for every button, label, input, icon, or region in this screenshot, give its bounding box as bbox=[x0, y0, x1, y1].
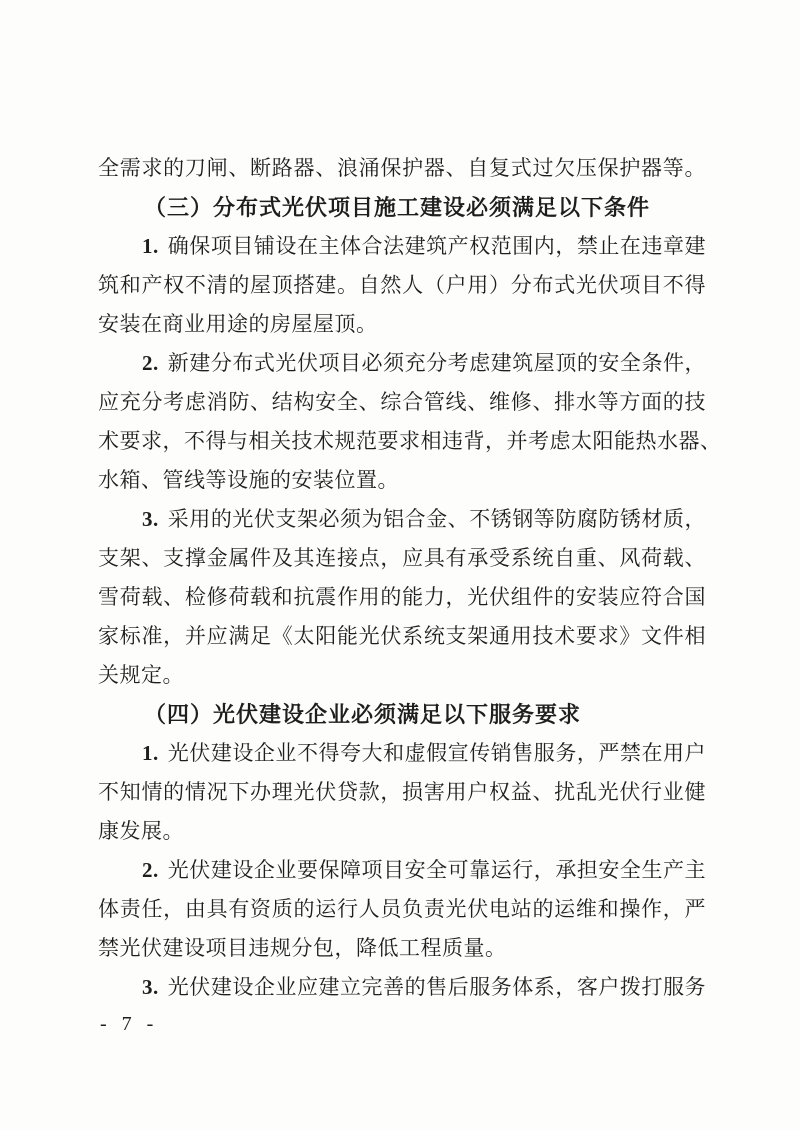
document-body: 全需求的刀闸、断路器、浪涌保护器、自复式过欠压保护器等。（三）分布式光伏项目施工… bbox=[98, 149, 706, 1007]
text-line: 水箱、管线等设施的安装位置。 bbox=[98, 461, 706, 500]
text-line: 术要求，不得与相关技术规范要求相违背，并考虑太阳能热水器、 bbox=[98, 422, 706, 461]
text-line: 应充分考虑消防、结构安全、综合管线、维修、排水等方面的技 bbox=[98, 383, 706, 422]
heading-line: （三）分布式光伏项目施工建设必须满足以下条件 bbox=[98, 188, 706, 227]
text-line: 2.新建分布式光伏项目必须充分考虑建筑屋顶的安全条件， bbox=[98, 344, 706, 383]
line-text: 康发展。 bbox=[98, 819, 184, 843]
line-text: 水箱、管线等设施的安装位置。 bbox=[98, 468, 399, 492]
line-text: 关规定。 bbox=[98, 663, 184, 687]
document-page: 全需求的刀闸、断路器、浪涌保护器、自复式过欠压保护器等。（三）分布式光伏项目施工… bbox=[0, 0, 800, 1130]
text-line: 体责任，由具有资质的运行人员负责光伏电站的运维和操作，严 bbox=[98, 890, 706, 929]
line-text: （四）光伏建设企业必须满足以下服务要求 bbox=[144, 702, 581, 727]
text-line: 支架、支撑金属件及其连接点，应具有承受系统自重、风荷载、 bbox=[98, 539, 706, 578]
list-number: 3. bbox=[142, 975, 159, 999]
line-text: 雪荷载、检修荷载和抗震作用的能力，光伏组件的安装应符合国 bbox=[98, 585, 706, 609]
text-line: 2.光伏建设企业要保障项目安全可靠运行，承担安全生产主 bbox=[98, 851, 706, 890]
text-line: 康发展。 bbox=[98, 812, 706, 851]
text-line: 1.确保项目铺设在主体合法建筑产权范围内，禁止在违章建 bbox=[98, 227, 706, 266]
text-line: 安装在商业用途的房屋屋顶。 bbox=[98, 305, 706, 344]
text-line: 禁光伏建设项目违规分包，降低工程质量。 bbox=[98, 929, 706, 968]
line-text: 光伏建设企业不得夸大和虚假宣传销售服务，严禁在用户 bbox=[168, 741, 706, 765]
line-text: 光伏建设企业应建立完善的售后服务体系，客户拨打服务 bbox=[168, 975, 706, 999]
text-line: 3.采用的光伏支架必须为铝合金、不锈钢等防腐防锈材质， bbox=[98, 500, 706, 539]
list-number: 2. bbox=[142, 858, 159, 882]
text-line: 家标准，并应满足《太阳能光伏系统支架通用技术要求》文件相 bbox=[98, 617, 706, 656]
list-number: 3. bbox=[142, 507, 159, 531]
text-line: 3.光伏建设企业应建立完善的售后服务体系，客户拨打服务 bbox=[98, 968, 706, 1007]
heading-line: （四）光伏建设企业必须满足以下服务要求 bbox=[98, 695, 706, 734]
line-text: 采用的光伏支架必须为铝合金、不锈钢等防腐防锈材质， bbox=[168, 507, 706, 531]
line-text: 不知情的情况下办理光伏贷款，损害用户权益、扰乱光伏行业健 bbox=[98, 780, 706, 804]
line-text: 安装在商业用途的房屋屋顶。 bbox=[98, 312, 378, 336]
list-number: 2. bbox=[142, 351, 159, 375]
text-line: 全需求的刀闸、断路器、浪涌保护器、自复式过欠压保护器等。 bbox=[98, 149, 706, 188]
text-line: 筑和产权不清的屋顶搭建。自然人（户用）分布式光伏项目不得 bbox=[98, 266, 706, 305]
line-text: 确保项目铺设在主体合法建筑产权范围内，禁止在违章建 bbox=[168, 234, 706, 258]
text-line: 雪荷载、检修荷载和抗震作用的能力，光伏组件的安装应符合国 bbox=[98, 578, 706, 617]
list-number: 1. bbox=[142, 741, 159, 765]
line-text: 应充分考虑消防、结构安全、综合管线、维修、排水等方面的技 bbox=[98, 390, 706, 414]
list-number: 1. bbox=[142, 234, 159, 258]
text-line: 不知情的情况下办理光伏贷款，损害用户权益、扰乱光伏行业健 bbox=[98, 773, 706, 812]
line-text: 新建分布式光伏项目必须充分考虑建筑屋顶的安全条件， bbox=[168, 351, 706, 375]
line-text: 禁光伏建设项目违规分包，降低工程质量。 bbox=[98, 936, 507, 960]
text-line: 关规定。 bbox=[98, 656, 706, 695]
line-text: 光伏建设企业要保障项目安全可靠运行，承担安全生产主 bbox=[168, 858, 706, 882]
line-text: 筑和产权不清的屋顶搭建。自然人（户用）分布式光伏项目不得 bbox=[98, 273, 706, 297]
line-text: （三）分布式光伏项目施工建设必须满足以下条件 bbox=[144, 195, 650, 220]
text-line: 1.光伏建设企业不得夸大和虚假宣传销售服务，严禁在用户 bbox=[98, 734, 706, 773]
line-text: 术要求，不得与相关技术规范要求相违背，并考虑太阳能热水器、 bbox=[98, 429, 722, 453]
line-text: 家标准，并应满足《太阳能光伏系统支架通用技术要求》文件相 bbox=[98, 624, 706, 648]
line-text: 体责任，由具有资质的运行人员负责光伏电站的运维和操作，严 bbox=[98, 897, 706, 921]
page-number: - 7 - bbox=[100, 1011, 158, 1037]
line-text: 支架、支撑金属件及其连接点，应具有承受系统自重、风荷载、 bbox=[98, 546, 706, 570]
line-text: 全需求的刀闸、断路器、浪涌保护器、自复式过欠压保护器等。 bbox=[98, 156, 706, 180]
